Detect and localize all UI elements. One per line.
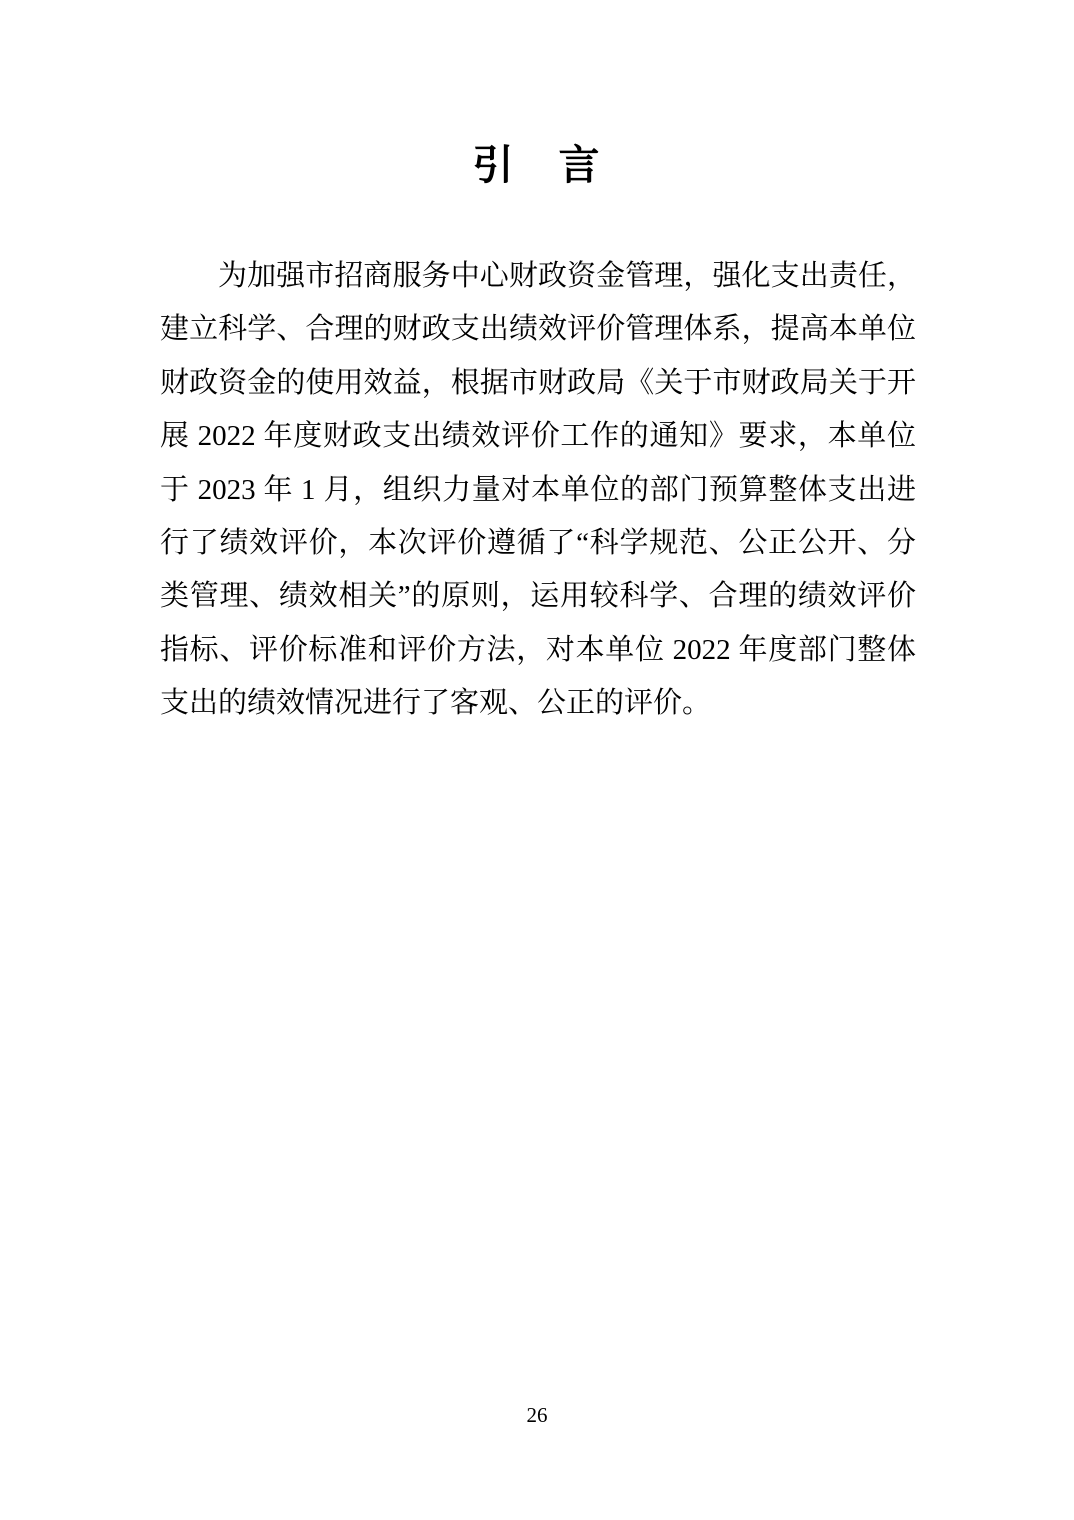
- paragraph-line: 支出的绩效情况进行了客观、公正的评价。: [160, 677, 916, 730]
- paragraph-line: 指标、评价标准和评价方法，对本单位 2022 年度部门整体: [160, 624, 916, 677]
- page-number: 26: [0, 1403, 1074, 1428]
- paragraph-line: 为加强市招商服务中心财政资金管理，强化支出责任，: [160, 250, 916, 303]
- paragraph-line: 建立科学、合理的财政支出绩效评价管理体系，提高本单位: [160, 303, 916, 356]
- page-title: 引 言: [0, 132, 1074, 191]
- paragraph-line: 类管理、绩效相关”的原则，运用较科学、合理的绩效评价: [160, 570, 916, 623]
- paragraph-line: 行了绩效评价，本次评价遵循了“科学规范、公正公开、分: [160, 517, 916, 570]
- paragraph-line: 于 2023 年 1 月，组织力量对本单位的部门预算整体支出进: [160, 464, 916, 517]
- paragraph-line: 财政资金的使用效益，根据市财政局《关于市财政局关于开: [160, 357, 916, 410]
- intro-paragraph: 为加强市招商服务中心财政资金管理，强化支出责任， 建立科学、合理的财政支出绩效评…: [160, 250, 916, 731]
- paragraph-line: 展 2022 年度财政支出绩效评价工作的通知》要求，本单位: [160, 410, 916, 463]
- document-page: 引 言 为加强市招商服务中心财政资金管理，强化支出责任， 建立科学、合理的财政支…: [0, 0, 1074, 1520]
